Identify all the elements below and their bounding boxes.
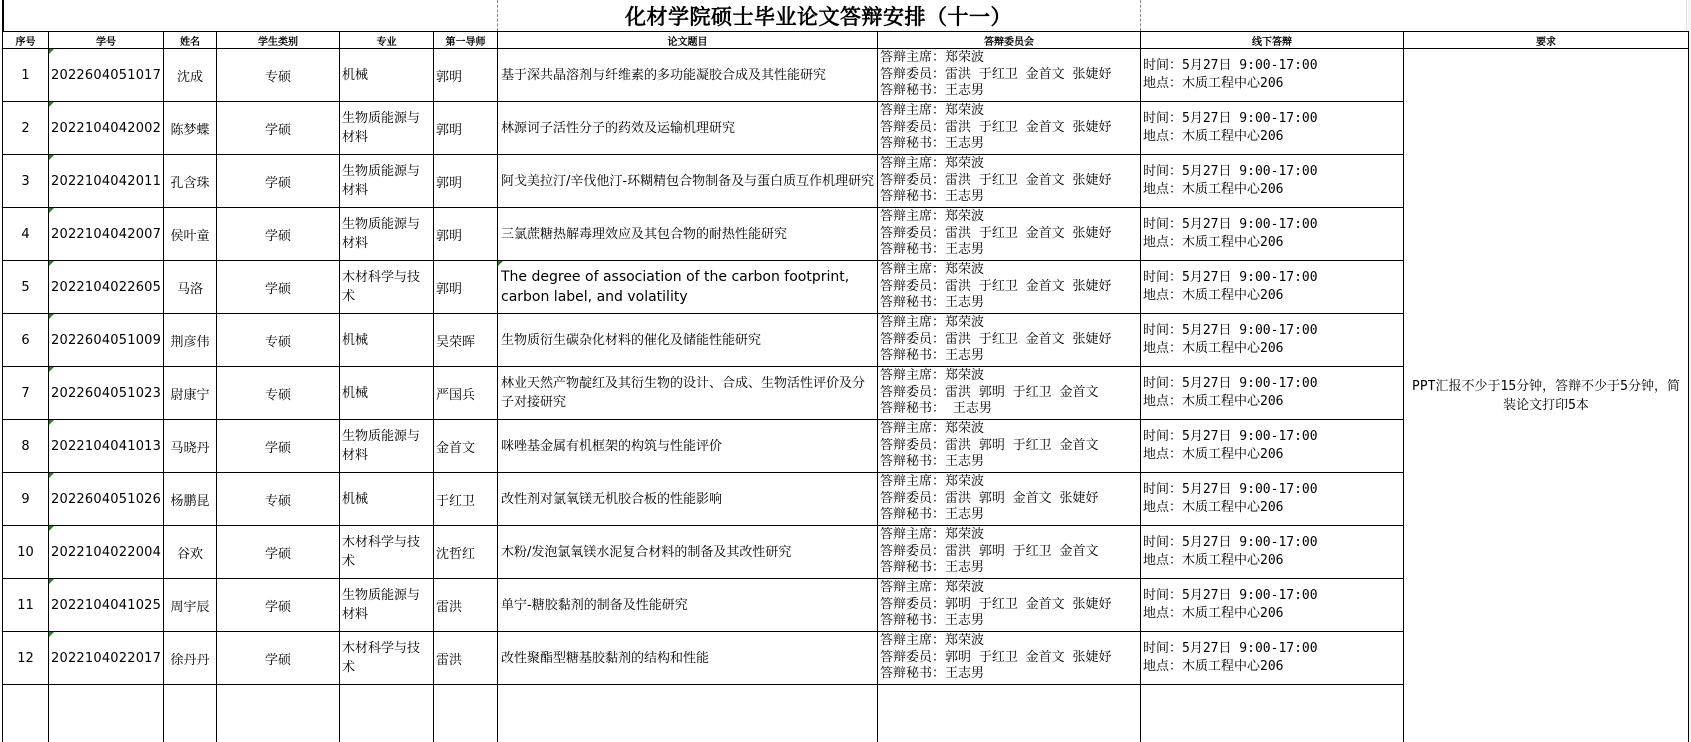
cell-student-id[interactable]: 2022104041025 bbox=[49, 579, 164, 632]
cell-offline[interactable]: 时间：5月27日 9:00-17:00地点：木质工程中心206 bbox=[1141, 579, 1404, 632]
cell-major[interactable]: 生物质能源与材料 bbox=[340, 102, 434, 155]
committee-chair: 答辩主席：郑荣波 bbox=[880, 262, 1138, 279]
cell-advisor[interactable]: 郭明 bbox=[434, 208, 498, 261]
cell-student-id[interactable]: 2022604051023 bbox=[49, 367, 164, 420]
cell-category[interactable]: 学硕 bbox=[217, 632, 340, 685]
cell-name[interactable]: 徐丹丹 bbox=[164, 632, 217, 685]
committee-secretary: 答辩秘书：王志男 bbox=[880, 507, 1138, 524]
empty-cell[interactable] bbox=[164, 685, 217, 742]
cell-index[interactable]: 10 bbox=[3, 526, 49, 579]
committee-secretary: 答辩秘书：王志男 bbox=[880, 242, 1138, 259]
cell-name[interactable]: 周宇辰 bbox=[164, 579, 217, 632]
header-requirement[interactable]: 要求 bbox=[1404, 32, 1689, 49]
spreadsheet: 化材学院硕士毕业论文答辩安排（十一） 序号 学号 姓名 学生类别 专业 第一导师… bbox=[0, 0, 1691, 742]
cell-category[interactable]: 专硕 bbox=[217, 49, 340, 102]
header-name[interactable]: 姓名 bbox=[164, 32, 217, 49]
header-category[interactable]: 学生类别 bbox=[217, 32, 340, 49]
defense-time: 时间：5月27日 9:00-17:00 bbox=[1143, 57, 1401, 75]
cell-committee[interactable]: 答辩主席：郑荣波答辩委员：雷洪 郭明 于红卫 金首文答辩秘书：王志男 bbox=[878, 420, 1141, 473]
cell-index[interactable]: 6 bbox=[3, 314, 49, 367]
cell-advisor[interactable]: 雷洪 bbox=[434, 632, 498, 685]
cell-thesis[interactable]: 木粉/发泡氯氧镁水泥复合材料的制备及其改性研究 bbox=[498, 526, 878, 579]
cell-major[interactable]: 机械 bbox=[340, 473, 434, 526]
cell-offline[interactable]: 时间：5月27日 9:00-17:00地点：木质工程中心206 bbox=[1141, 261, 1404, 314]
cell-index[interactable]: 9 bbox=[3, 473, 49, 526]
cell-name[interactable]: 沈成 bbox=[164, 49, 217, 102]
cell-major[interactable]: 生物质能源与材料 bbox=[340, 208, 434, 261]
empty-cell[interactable] bbox=[340, 685, 434, 742]
cell-thesis[interactable]: The degree of association of the carbon … bbox=[498, 261, 878, 314]
cell-name[interactable]: 谷欢 bbox=[164, 526, 217, 579]
committee-secretary: 答辩秘书：王志男 bbox=[880, 83, 1138, 100]
defense-time: 时间：5月27日 9:00-17:00 bbox=[1143, 375, 1401, 393]
cell-advisor[interactable]: 金首文 bbox=[434, 420, 498, 473]
defense-place: 地点：木质工程中心206 bbox=[1143, 287, 1401, 305]
committee-chair: 答辩主席：郑荣波 bbox=[880, 50, 1138, 67]
cell-offline[interactable]: 时间：5月27日 9:00-17:00地点：木质工程中心206 bbox=[1141, 526, 1404, 579]
cell-thesis[interactable]: 阿戈美拉汀/辛伐他汀-环糊精包合物制备及与蛋白质互作机理研究 bbox=[498, 155, 878, 208]
cell-name[interactable]: 荆彦伟 bbox=[164, 314, 217, 367]
cell-name[interactable]: 尉康宁 bbox=[164, 367, 217, 420]
cell-index[interactable]: 1 bbox=[3, 49, 49, 102]
cell-major[interactable]: 木材科学与技术 bbox=[340, 261, 434, 314]
cell-index[interactable]: 8 bbox=[3, 420, 49, 473]
header-index[interactable]: 序号 bbox=[3, 32, 49, 49]
defense-time: 时间：5月27日 9:00-17:00 bbox=[1143, 640, 1401, 658]
committee-members: 答辩委员：雷洪 郭明 金首文 张婕妤 bbox=[880, 491, 1138, 508]
empty-cell[interactable] bbox=[49, 685, 164, 742]
defense-place: 地点：木质工程中心206 bbox=[1143, 658, 1401, 676]
cell-category[interactable]: 学硕 bbox=[217, 102, 340, 155]
defense-time: 时间：5月27日 9:00-17:00 bbox=[1143, 163, 1401, 181]
defense-place: 地点：木质工程中心206 bbox=[1143, 234, 1401, 252]
cell-advisor[interactable]: 严国兵 bbox=[434, 367, 498, 420]
cell-offline[interactable]: 时间：5月27日 9:00-17:00地点：木质工程中心206 bbox=[1141, 208, 1404, 261]
defense-time: 时间：5月27日 9:00-17:00 bbox=[1143, 269, 1401, 287]
defense-time: 时间：5月27日 9:00-17:00 bbox=[1143, 428, 1401, 446]
committee-secretary: 答辩秘书：王志男 bbox=[880, 189, 1138, 206]
cell-category[interactable]: 专硕 bbox=[217, 314, 340, 367]
cell-index[interactable]: 5 bbox=[3, 261, 49, 314]
committee-members: 答辩委员：雷洪 于红卫 金首文 张婕妤 bbox=[880, 279, 1138, 296]
cell-thesis[interactable]: 生物质衍生碳杂化材料的催化及储能性能研究 bbox=[498, 314, 878, 367]
cell-advisor[interactable]: 郭明 bbox=[434, 49, 498, 102]
committee-members: 答辩委员：郭明 于红卫 金首文 张婕妤 bbox=[880, 650, 1138, 667]
cell-requirement[interactable]: PPT汇报不少于15分钟，答辩不少于5分钟，简装论文打印5本 bbox=[1404, 49, 1689, 742]
cell-thesis[interactable]: 林业天然产物靛红及其衍生物的设计、合成、生物活性评价及分子对接研究 bbox=[498, 367, 878, 420]
cell-advisor[interactable]: 郭明 bbox=[434, 155, 498, 208]
defense-place: 地点：木质工程中心206 bbox=[1143, 446, 1401, 464]
cell-category[interactable]: 专硕 bbox=[217, 367, 340, 420]
cell-name[interactable]: 陈梦蝶 bbox=[164, 102, 217, 155]
cell-committee[interactable]: 答辩主席：郑荣波答辩委员：雷洪 郭明 金首文 张婕妤答辩秘书：王志男 bbox=[878, 473, 1141, 526]
table-row: 12022604051017沈成专硕机械郭明基于深共晶溶剂与纤维素的多功能凝胶合… bbox=[3, 49, 1689, 102]
cell-committee[interactable]: 答辩主席：郑荣波答辩委员：雷洪 于红卫 金首文 张婕妤答辩秘书：王志男 bbox=[878, 155, 1141, 208]
committee-members: 答辩委员：雷洪 郭明 于红卫 金首文 bbox=[880, 385, 1138, 402]
page-title: 化材学院硕士毕业论文答辩安排（十一） bbox=[497, 0, 1140, 31]
committee-secretary: 答辩秘书：王志男 bbox=[880, 295, 1138, 312]
cell-student-id[interactable]: 2022104042002 bbox=[49, 102, 164, 155]
cell-student-id[interactable]: 2022604051009 bbox=[49, 314, 164, 367]
cell-student-id[interactable]: 2022104022605 bbox=[49, 261, 164, 314]
cell-committee[interactable]: 答辩主席：郑荣波答辩委员：郭明 于红卫 金首文 张婕妤答辩秘书：王志男 bbox=[878, 579, 1141, 632]
committee-secretary: 答辩秘书：王志男 bbox=[880, 454, 1138, 471]
committee-members: 答辩委员：雷洪 于红卫 金首文 张婕妤 bbox=[880, 332, 1138, 349]
page-break-line bbox=[1140, 0, 1141, 31]
defense-place: 地点：木质工程中心206 bbox=[1143, 75, 1401, 93]
cell-student-id[interactable]: 2022104042007 bbox=[49, 208, 164, 261]
committee-members: 答辩委员：雷洪 于红卫 金首文 张婕妤 bbox=[880, 67, 1138, 84]
cell-student-id[interactable]: 2022604051026 bbox=[49, 473, 164, 526]
defense-place: 地点：木质工程中心206 bbox=[1143, 181, 1401, 199]
defense-place: 地点：木质工程中心206 bbox=[1143, 499, 1401, 517]
cell-major[interactable]: 机械 bbox=[340, 314, 434, 367]
header-major[interactable]: 专业 bbox=[340, 32, 434, 49]
cell-committee[interactable]: 答辩主席：郑荣波答辩委员：雷洪 于红卫 金首文 张婕妤答辩秘书：王志男 bbox=[878, 314, 1141, 367]
cell-committee[interactable]: 答辩主席：郑荣波答辩委员：雷洪 于红卫 金首文 张婕妤答辩秘书：王志男 bbox=[878, 208, 1141, 261]
committee-members: 答辩委员：雷洪 郭明 于红卫 金首文 bbox=[880, 544, 1138, 561]
cell-index[interactable]: 11 bbox=[3, 579, 49, 632]
empty-cell[interactable] bbox=[878, 685, 1141, 742]
cell-thesis[interactable]: 咪唑基金属有机框架的构筑与性能评价 bbox=[498, 420, 878, 473]
cell-major[interactable]: 机械 bbox=[340, 367, 434, 420]
committee-chair: 答辩主席：郑荣波 bbox=[880, 368, 1138, 385]
cell-index[interactable]: 4 bbox=[3, 208, 49, 261]
cell-student-id[interactable]: 2022104022017 bbox=[49, 632, 164, 685]
committee-members: 答辩委员：雷洪 于红卫 金首文 张婕妤 bbox=[880, 120, 1138, 137]
defense-time: 时间：5月27日 9:00-17:00 bbox=[1143, 587, 1401, 605]
header-row: 序号 学号 姓名 学生类别 专业 第一导师 论文题目 答辩委员会 线下答辩 要求 bbox=[3, 32, 1689, 49]
defense-place: 地点：木质工程中心206 bbox=[1143, 605, 1401, 623]
header-committee[interactable]: 答辩委员会 bbox=[878, 32, 1141, 49]
committee-chair: 答辩主席：郑荣波 bbox=[880, 527, 1138, 544]
cell-major[interactable]: 木材科学与技术 bbox=[340, 526, 434, 579]
cell-category[interactable]: 学硕 bbox=[217, 261, 340, 314]
cell-major[interactable]: 生物质能源与材料 bbox=[340, 579, 434, 632]
committee-chair: 答辩主席：郑荣波 bbox=[880, 209, 1138, 226]
cell-index[interactable]: 2 bbox=[3, 102, 49, 155]
defense-time: 时间：5月27日 9:00-17:00 bbox=[1143, 322, 1401, 340]
cell-name[interactable]: 侯叶童 bbox=[164, 208, 217, 261]
committee-chair: 答辩主席：郑荣波 bbox=[880, 103, 1138, 120]
header-offline[interactable]: 线下答辩 bbox=[1141, 32, 1404, 49]
defense-schedule-table: 序号 学号 姓名 学生类别 专业 第一导师 论文题目 答辩委员会 线下答辩 要求… bbox=[2, 31, 1689, 742]
cell-student-id[interactable]: 2022104022004 bbox=[49, 526, 164, 579]
defense-place: 地点：木质工程中心206 bbox=[1143, 340, 1401, 358]
cell-category[interactable]: 专硕 bbox=[217, 473, 340, 526]
committee-members: 答辩委员：雷洪 郭明 于红卫 金首文 bbox=[880, 438, 1138, 455]
cell-offline[interactable]: 时间：5月27日 9:00-17:00地点：木质工程中心206 bbox=[1141, 314, 1404, 367]
cell-thesis[interactable]: 单宁-糖胶黏剂的制备及性能研究 bbox=[498, 579, 878, 632]
committee-secretary: 答辩秘书：王志男 bbox=[880, 348, 1138, 365]
defense-time: 时间：5月27日 9:00-17:00 bbox=[1143, 534, 1401, 552]
cell-category[interactable]: 学硕 bbox=[217, 579, 340, 632]
empty-cell[interactable] bbox=[498, 685, 878, 742]
cell-index[interactable]: 12 bbox=[3, 632, 49, 685]
cell-advisor[interactable]: 郭明 bbox=[434, 261, 498, 314]
empty-cell[interactable] bbox=[434, 685, 498, 742]
cell-major[interactable]: 木材科学与技术 bbox=[340, 632, 434, 685]
cell-student-id[interactable]: 2022104041013 bbox=[49, 420, 164, 473]
cell-offline[interactable]: 时间：5月27日 9:00-17:00地点：木质工程中心206 bbox=[1141, 102, 1404, 155]
cell-major[interactable]: 生物质能源与材料 bbox=[340, 420, 434, 473]
committee-chair: 答辩主席：郑荣波 bbox=[880, 474, 1138, 491]
committee-members: 答辩委员：雷洪 于红卫 金首文 张婕妤 bbox=[880, 226, 1138, 243]
cell-category[interactable]: 学硕 bbox=[217, 420, 340, 473]
cell-offline[interactable]: 时间：5月27日 9:00-17:00地点：木质工程中心206 bbox=[1141, 473, 1404, 526]
cell-offline[interactable]: 时间：5月27日 9:00-17:00地点：木质工程中心206 bbox=[1141, 155, 1404, 208]
cell-advisor[interactable]: 雷洪 bbox=[434, 579, 498, 632]
committee-secretary: 答辩秘书：王志男 bbox=[880, 613, 1138, 630]
committee-members: 答辩委员：郭明 于红卫 金首文 张婕妤 bbox=[880, 597, 1138, 614]
committee-secretary: 答辩秘书：王志男 bbox=[880, 136, 1138, 153]
defense-place: 地点：木质工程中心206 bbox=[1143, 393, 1401, 411]
cell-committee[interactable]: 答辩主席：郑荣波答辩委员：雷洪 于红卫 金首文 张婕妤答辩秘书：王志男 bbox=[878, 102, 1141, 155]
cell-offline[interactable]: 时间：5月27日 9:00-17:00地点：木质工程中心206 bbox=[1141, 49, 1404, 102]
cell-thesis[interactable]: 三氯蔗糖热解毒理效应及其包合物的耐热性能研究 bbox=[498, 208, 878, 261]
cell-category[interactable]: 学硕 bbox=[217, 155, 340, 208]
committee-secretary: 答辩秘书：王志男 bbox=[880, 666, 1138, 683]
committee-chair: 答辩主席：郑荣波 bbox=[880, 315, 1138, 332]
defense-time: 时间：5月27日 9:00-17:00 bbox=[1143, 216, 1401, 234]
cell-thesis[interactable]: 改性剂对氯氧镁无机胶合板的性能影响 bbox=[498, 473, 878, 526]
defense-time: 时间：5月27日 9:00-17:00 bbox=[1143, 110, 1401, 128]
cell-category[interactable]: 学硕 bbox=[217, 208, 340, 261]
cell-index[interactable]: 7 bbox=[3, 367, 49, 420]
cell-major[interactable]: 机械 bbox=[340, 49, 434, 102]
cell-advisor[interactable]: 郭明 bbox=[434, 102, 498, 155]
cell-major[interactable]: 生物质能源与材料 bbox=[340, 155, 434, 208]
cell-category[interactable]: 学硕 bbox=[217, 526, 340, 579]
cell-offline[interactable]: 时间：5月27日 9:00-17:00地点：木质工程中心206 bbox=[1141, 632, 1404, 685]
cell-thesis[interactable]: 基于深共晶溶剂与纤维素的多功能凝胶合成及其性能研究 bbox=[498, 49, 878, 102]
cell-committee[interactable]: 答辩主席：郑荣波答辩委员：雷洪 郭明 于红卫 金首文答辩秘书：王志男 bbox=[878, 526, 1141, 579]
cell-student-id[interactable]: 2022604051017 bbox=[49, 49, 164, 102]
cell-thesis[interactable]: 改性聚酯型糖基胶黏剂的结构和性能 bbox=[498, 632, 878, 685]
cell-name[interactable]: 马洛 bbox=[164, 261, 217, 314]
cell-advisor[interactable]: 吴荣晖 bbox=[434, 314, 498, 367]
committee-chair: 答辩主席：郑荣波 bbox=[880, 156, 1138, 173]
defense-place: 地点：木质工程中心206 bbox=[1143, 128, 1401, 146]
cell-committee[interactable]: 答辩主席：郑荣波答辩委员：雷洪 郭明 于红卫 金首文答辩秘书： 王志男 bbox=[878, 367, 1141, 420]
cell-advisor[interactable]: 于红卫 bbox=[434, 473, 498, 526]
empty-cell[interactable] bbox=[1141, 685, 1404, 742]
empty-cell[interactable] bbox=[217, 685, 340, 742]
empty-cell[interactable] bbox=[3, 685, 49, 742]
cell-committee[interactable]: 答辩主席：郑荣波答辩委员：雷洪 于红卫 金首文 张婕妤答辩秘书：王志男 bbox=[878, 261, 1141, 314]
committee-chair: 答辩主席：郑荣波 bbox=[880, 421, 1138, 438]
cell-offline[interactable]: 时间：5月27日 9:00-17:00地点：木质工程中心206 bbox=[1141, 367, 1404, 420]
cell-name[interactable]: 杨鹏昆 bbox=[164, 473, 217, 526]
committee-secretary: 答辩秘书：王志男 bbox=[880, 560, 1138, 577]
committee-chair: 答辩主席：郑荣波 bbox=[880, 633, 1138, 650]
defense-place: 地点：木质工程中心206 bbox=[1143, 552, 1401, 570]
cell-name[interactable]: 马晓丹 bbox=[164, 420, 217, 473]
cell-offline[interactable]: 时间：5月27日 9:00-17:00地点：木质工程中心206 bbox=[1141, 420, 1404, 473]
cell-student-id[interactable]: 2022104042011 bbox=[49, 155, 164, 208]
committee-secretary: 答辩秘书： 王志男 bbox=[880, 401, 1138, 418]
committee-chair: 答辩主席：郑荣波 bbox=[880, 580, 1138, 597]
committee-members: 答辩委员：雷洪 于红卫 金首文 张婕妤 bbox=[880, 173, 1138, 190]
cell-advisor[interactable]: 沈哲红 bbox=[434, 526, 498, 579]
header-advisor[interactable]: 第一导师 bbox=[434, 32, 498, 49]
defense-time: 时间：5月27日 9:00-17:00 bbox=[1143, 481, 1401, 499]
cell-index[interactable]: 3 bbox=[3, 155, 49, 208]
header-student-id[interactable]: 学号 bbox=[49, 32, 164, 49]
cell-committee[interactable]: 答辩主席：郑荣波答辩委员：郭明 于红卫 金首文 张婕妤答辩秘书：王志男 bbox=[878, 632, 1141, 685]
cell-committee[interactable]: 答辩主席：郑荣波答辩委员：雷洪 于红卫 金首文 张婕妤答辩秘书：王志男 bbox=[878, 49, 1141, 102]
header-thesis[interactable]: 论文题目 bbox=[498, 32, 878, 49]
cell-name[interactable]: 孔含珠 bbox=[164, 155, 217, 208]
cell-thesis[interactable]: 林源诃子活性分子的药效及运输机理研究 bbox=[498, 102, 878, 155]
